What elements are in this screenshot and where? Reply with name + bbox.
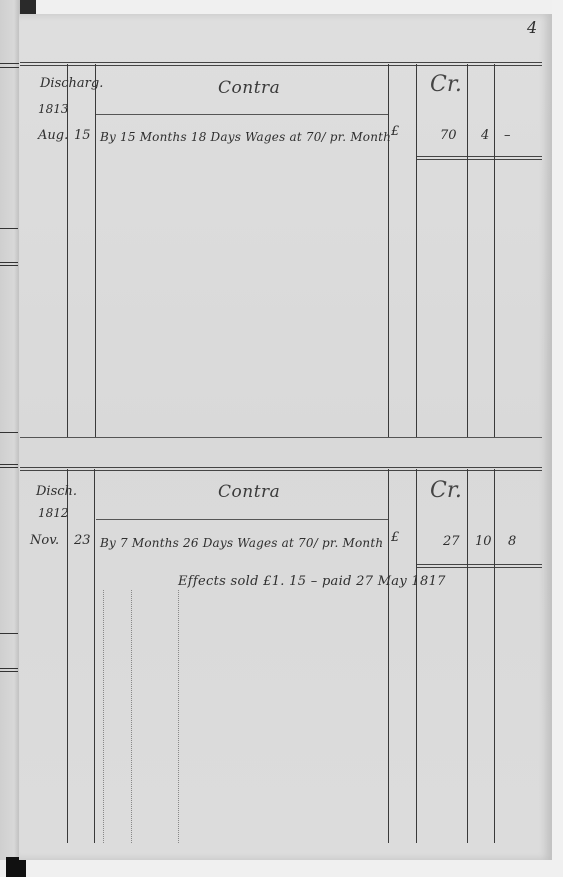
column-divider-day bbox=[94, 469, 95, 843]
amount-pounds: 70 bbox=[440, 128, 457, 143]
facing-page-rule bbox=[0, 633, 18, 634]
entry-month: Nov. bbox=[30, 533, 59, 548]
entry-description: By 15 Months 18 Days Wages at 70/ pr. Mo… bbox=[100, 130, 391, 144]
date-column-label: Disch. bbox=[36, 484, 77, 499]
amount-pence: – bbox=[504, 128, 511, 143]
column-divider-day bbox=[95, 64, 96, 437]
credit-label: Cr. bbox=[430, 72, 462, 97]
currency-mark: £ bbox=[391, 124, 399, 139]
entry-day: 23 bbox=[74, 533, 91, 548]
facing-page-rule bbox=[0, 67, 20, 68]
column-divider-date bbox=[67, 469, 68, 843]
section-top-rule bbox=[20, 62, 542, 66]
amount-pence: 8 bbox=[508, 534, 516, 549]
facing-page-rule bbox=[0, 671, 18, 672]
scan-background-bottom bbox=[0, 860, 563, 877]
annotation-note: Effects sold £1. 15 – paid 27 May 1817 bbox=[178, 574, 446, 589]
facing-page-rule bbox=[0, 265, 18, 266]
amount-pounds: 27 bbox=[443, 534, 460, 549]
facing-page-rule bbox=[0, 668, 18, 669]
credit-label: Cr. bbox=[430, 478, 462, 503]
column-divider-pounds bbox=[467, 64, 468, 437]
date-column-label: Discharg. bbox=[40, 76, 103, 91]
column-divider-description bbox=[388, 469, 389, 843]
scan-background-right bbox=[552, 0, 563, 877]
faint-ruling bbox=[131, 590, 132, 843]
amount-shillings: 4 bbox=[481, 128, 489, 143]
faint-ruling bbox=[103, 590, 104, 843]
column-divider-description bbox=[388, 64, 389, 437]
facing-page-rule bbox=[0, 63, 20, 64]
section-title: Contra bbox=[218, 78, 280, 98]
year-label: 1812 bbox=[38, 506, 69, 520]
column-divider-date bbox=[67, 64, 68, 437]
section-title: Contra bbox=[218, 482, 280, 502]
column-divider-folio bbox=[416, 64, 417, 437]
header-underline bbox=[96, 519, 388, 520]
entry-day: 15 bbox=[74, 128, 91, 143]
year-label: 1813 bbox=[38, 102, 69, 116]
scan-background-top bbox=[0, 0, 563, 14]
facing-page-rule bbox=[0, 228, 18, 229]
book-spine bbox=[0, 0, 20, 877]
section-bottom-rule bbox=[20, 437, 542, 438]
column-divider-shillings bbox=[494, 64, 495, 437]
column-divider-shillings bbox=[494, 469, 495, 843]
facing-page-rule bbox=[0, 464, 18, 465]
total-rule bbox=[417, 564, 542, 568]
total-rule bbox=[417, 156, 542, 160]
amount-shillings: 10 bbox=[475, 534, 492, 549]
facing-page-rule bbox=[0, 467, 18, 468]
entry-month: Aug. bbox=[38, 128, 68, 143]
facing-page-rule bbox=[0, 262, 18, 263]
column-divider-pounds bbox=[467, 469, 468, 843]
page-number: 4 bbox=[527, 18, 537, 37]
binding-clip-bottom bbox=[6, 857, 26, 877]
column-divider-folio bbox=[416, 469, 417, 843]
entry-description: By 7 Months 26 Days Wages at 70/ pr. Mon… bbox=[100, 536, 383, 550]
facing-page-rule bbox=[0, 432, 18, 433]
section-top-rule bbox=[20, 467, 542, 471]
header-underline bbox=[96, 114, 388, 115]
currency-mark: £ bbox=[391, 530, 399, 545]
faint-ruling bbox=[178, 590, 179, 843]
